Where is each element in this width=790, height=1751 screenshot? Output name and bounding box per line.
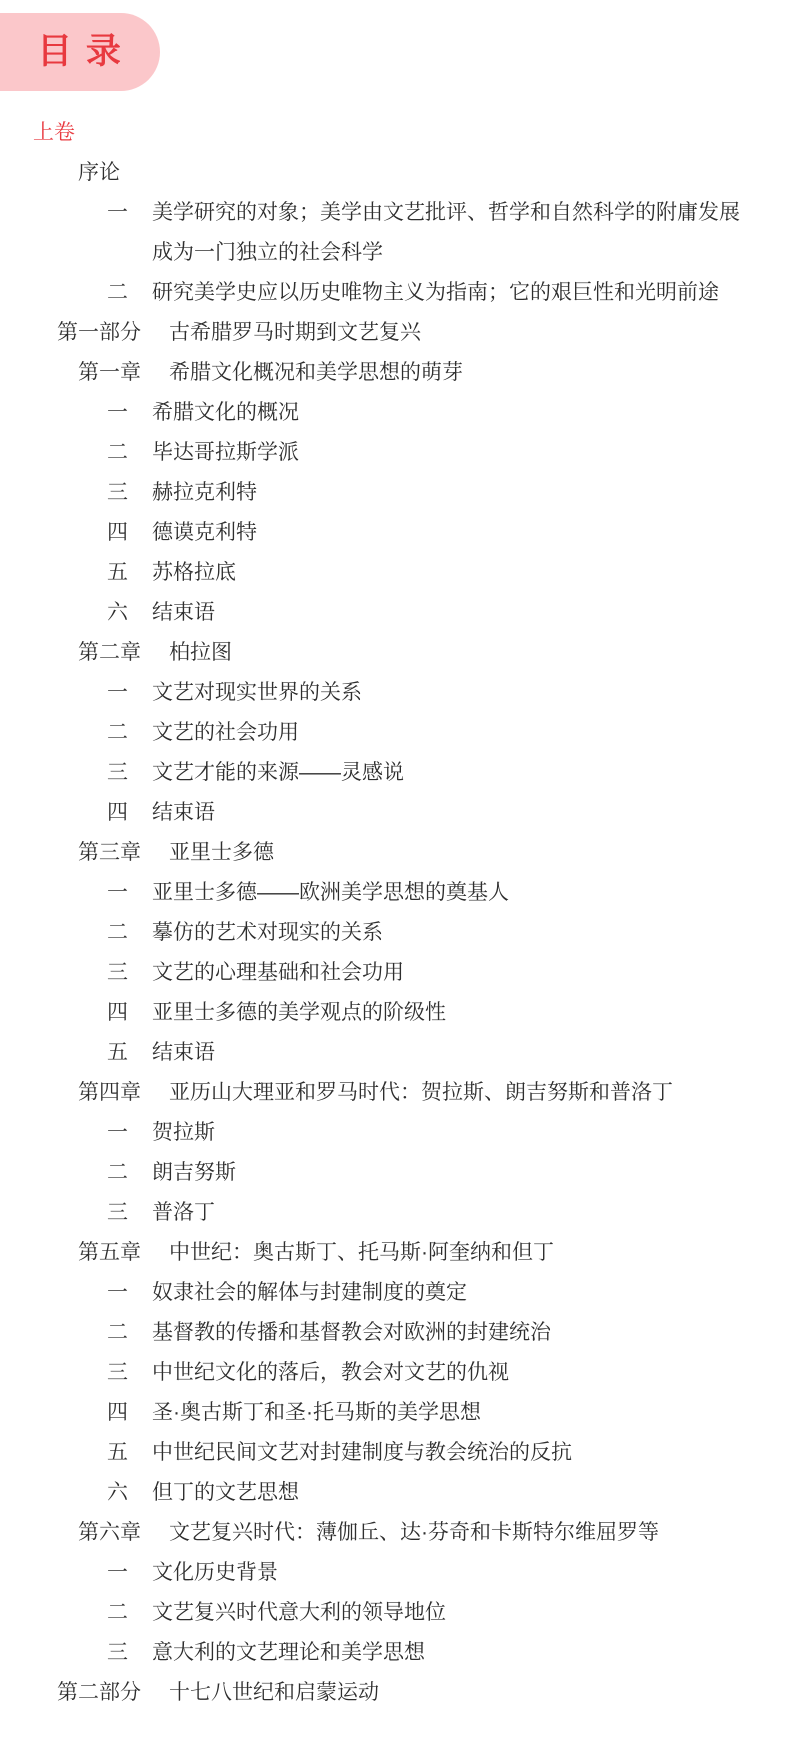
toc-entry-title: 毕达哥拉斯学派 [152, 433, 758, 473]
toc-entry-title: 古希腊罗马时期到文艺复兴 [169, 313, 758, 353]
toc-entry-number: 三 [107, 953, 152, 993]
toc-entry-title: 文化历史背景 [152, 1553, 758, 1593]
toc-entry-number: 三 [107, 1193, 152, 1233]
toc-entry-title: 奴隶社会的解体与封建制度的奠定 [152, 1273, 758, 1313]
toc-entry[interactable]: 二 基督教的传播和基督教会对欧洲的封建统治 [0, 1313, 790, 1353]
toc-entry-title: 中世纪：奥古斯丁、托马斯·阿奎纳和但丁 [169, 1233, 758, 1273]
toc-entry[interactable]: 四 亚里士多德的美学观点的阶级性 [0, 993, 790, 1033]
toc-entry[interactable]: 第二部分 十七八世纪和启蒙运动 [0, 1673, 790, 1713]
toc-entry[interactable]: 二 摹仿的艺术对现实的关系 [0, 913, 790, 953]
toc-entry-number: 三 [107, 1633, 152, 1673]
toc-entry-number: 五 [107, 1433, 152, 1473]
toc-entry-title: 文艺的社会功用 [152, 713, 758, 753]
toc-entry-number: 二 [107, 273, 152, 313]
toc-entry-title: 意大利的文艺理论和美学思想 [152, 1633, 758, 1673]
toc-entry-number: 三 [107, 473, 152, 513]
toc-entry-title: 十七八世纪和启蒙运动 [169, 1673, 758, 1713]
toc-entry-number: 五 [107, 553, 152, 593]
toc-entry-title: 柏拉图 [169, 633, 758, 673]
toc-entry-title: 苏格拉底 [152, 553, 758, 593]
toc-entry-number: 一 [107, 1273, 152, 1313]
toc-entry[interactable]: 第四章 亚历山大理亚和罗马时代：贺拉斯、朗吉努斯和普洛丁 [0, 1073, 790, 1113]
toc-entry-number: 二 [107, 433, 152, 473]
toc-entry-title: 上卷 [33, 113, 758, 153]
toc-entry-number: 四 [107, 1393, 152, 1433]
toc-entry-title: 亚里士多德 [169, 833, 758, 873]
toc-entry-label: 第二章 [78, 633, 141, 673]
toc-entry-title: 朗吉努斯 [152, 1153, 758, 1193]
toc-entry-label: 第六章 [78, 1513, 141, 1553]
toc-entry-label: 第五章 [78, 1233, 141, 1273]
toc-entry[interactable]: 三 中世纪文化的落后，教会对文艺的仇视 [0, 1353, 790, 1393]
toc-entry-number: 一 [107, 873, 152, 913]
toc-entry-title: 中世纪民间文艺对封建制度与教会统治的反抗 [152, 1433, 758, 1473]
toc-entry-label: 第二部分 [57, 1673, 141, 1713]
toc-entry-number: 四 [107, 513, 152, 553]
toc-entry-title: 文艺才能的来源——灵感说 [152, 753, 758, 793]
toc-list: 上卷 序论 一 美学研究的对象；美学由文艺批评、哲学和自然科学的附庸发展成为一门… [0, 113, 790, 1713]
toc-entry[interactable]: 六 结束语 [0, 593, 790, 633]
toc-entry[interactable]: 一 美学研究的对象；美学由文艺批评、哲学和自然科学的附庸发展成为一门独立的社会科… [0, 193, 790, 273]
toc-entry-title: 文艺复兴时代意大利的领导地位 [152, 1593, 758, 1633]
toc-entry-title: 赫拉克利特 [152, 473, 758, 513]
toc-entry-title: 但丁的文艺思想 [152, 1473, 758, 1513]
toc-entry-number: 二 [107, 713, 152, 753]
toc-entry[interactable]: 第一部分 古希腊罗马时期到文艺复兴 [0, 313, 790, 353]
toc-entry-title: 亚里士多德——欧洲美学思想的奠基人 [152, 873, 758, 913]
toc-entry-number: 六 [107, 593, 152, 633]
toc-entry[interactable]: 五 苏格拉底 [0, 553, 790, 593]
toc-entry-title: 贺拉斯 [152, 1113, 758, 1153]
toc-entry[interactable]: 四 圣·奥古斯丁和圣·托马斯的美学思想 [0, 1393, 790, 1433]
toc-entry[interactable]: 第二章 柏拉图 [0, 633, 790, 673]
toc-entry-title: 希腊文化概况和美学思想的萌芽 [169, 353, 758, 393]
toc-entry-number: 一 [107, 673, 152, 713]
toc-entry-label: 第一章 [78, 353, 141, 393]
toc-entry[interactable]: 第一章 希腊文化概况和美学思想的萌芽 [0, 353, 790, 393]
toc-entry-number: 四 [107, 793, 152, 833]
toc-entry[interactable]: 二 文艺复兴时代意大利的领导地位 [0, 1593, 790, 1633]
toc-entry-number: 二 [107, 1593, 152, 1633]
toc-entry[interactable]: 三 普洛丁 [0, 1193, 790, 1233]
toc-entry-title: 中世纪文化的落后，教会对文艺的仇视 [152, 1353, 758, 1393]
toc-entry[interactable]: 第五章 中世纪：奥古斯丁、托马斯·阿奎纳和但丁 [0, 1233, 790, 1273]
toc-page: 目 录 上卷 序论 一 美学研究的对象；美学由文艺批评、哲学和自然科学的附庸发展… [0, 0, 790, 1751]
toc-entry-label: 第四章 [78, 1073, 141, 1113]
toc-entry[interactable]: 一 文艺对现实世界的关系 [0, 673, 790, 713]
toc-entry[interactable]: 二 研究美学史应以历史唯物主义为指南；它的艰巨性和光明前途 [0, 273, 790, 313]
toc-entry-title: 文艺的心理基础和社会功用 [152, 953, 758, 993]
toc-entry-title: 圣·奥古斯丁和圣·托马斯的美学思想 [152, 1393, 758, 1433]
toc-entry-number: 一 [107, 193, 152, 233]
toc-entry-title: 希腊文化的概况 [152, 393, 758, 433]
toc-entry-label: 第一部分 [57, 313, 141, 353]
toc-entry[interactable]: 四 德谟克利特 [0, 513, 790, 553]
toc-entry[interactable]: 四 结束语 [0, 793, 790, 833]
toc-entry[interactable]: 二 文艺的社会功用 [0, 713, 790, 753]
toc-entry[interactable]: 一 亚里士多德——欧洲美学思想的奠基人 [0, 873, 790, 913]
toc-entry-number: 二 [107, 1313, 152, 1353]
toc-entry[interactable]: 序论 [0, 153, 790, 193]
toc-entry-title: 亚历山大理亚和罗马时代：贺拉斯、朗吉努斯和普洛丁 [169, 1073, 758, 1113]
toc-entry-title: 研究美学史应以历史唯物主义为指南；它的艰巨性和光明前途 [152, 273, 758, 313]
toc-entry-title: 结束语 [152, 793, 758, 833]
toc-entry-number: 一 [107, 1553, 152, 1593]
toc-entry[interactable]: 第六章 文艺复兴时代：薄伽丘、达·芬奇和卡斯特尔维屈罗等 [0, 1513, 790, 1553]
toc-entry-number: 五 [107, 1033, 152, 1073]
toc-entry-title: 结束语 [152, 593, 758, 633]
toc-entry[interactable]: 一 文化历史背景 [0, 1553, 790, 1593]
toc-entry-title: 文艺复兴时代：薄伽丘、达·芬奇和卡斯特尔维屈罗等 [169, 1513, 758, 1553]
toc-entry[interactable]: 三 意大利的文艺理论和美学思想 [0, 1633, 790, 1673]
toc-entry-label: 第三章 [78, 833, 141, 873]
toc-entry-number: 一 [107, 1113, 152, 1153]
toc-entry-title: 普洛丁 [152, 1193, 758, 1233]
toc-entry[interactable]: 五 中世纪民间文艺对封建制度与教会统治的反抗 [0, 1433, 790, 1473]
toc-entry-title: 文艺对现实世界的关系 [152, 673, 758, 713]
toc-header-badge: 目 录 [0, 13, 160, 91]
toc-entry-title: 序论 [78, 153, 758, 193]
toc-entry[interactable]: 三 文艺的心理基础和社会功用 [0, 953, 790, 993]
toc-entry-title: 德谟克利特 [152, 513, 758, 553]
toc-entry-number: 六 [107, 1473, 152, 1513]
toc-entry[interactable]: 三 文艺才能的来源——灵感说 [0, 753, 790, 793]
toc-entry[interactable]: 一 贺拉斯 [0, 1113, 790, 1153]
toc-entry-title: 美学研究的对象；美学由文艺批评、哲学和自然科学的附庸发展成为一门独立的社会科学 [152, 193, 758, 273]
toc-entry[interactable]: 二 朗吉努斯 [0, 1153, 790, 1193]
toc-entry-number: 二 [107, 1153, 152, 1193]
toc-entry-number: 三 [107, 753, 152, 793]
toc-entry-number: 三 [107, 1353, 152, 1393]
toc-entry[interactable]: 一 奴隶社会的解体与封建制度的奠定 [0, 1273, 790, 1313]
toc-entry[interactable]: 五 结束语 [0, 1033, 790, 1073]
toc-entry-title: 基督教的传播和基督教会对欧洲的封建统治 [152, 1313, 758, 1353]
toc-entry[interactable]: 一 希腊文化的概况 [0, 393, 790, 433]
toc-entry[interactable]: 二 毕达哥拉斯学派 [0, 433, 790, 473]
toc-entry-title: 亚里士多德的美学观点的阶级性 [152, 993, 758, 1033]
toc-entry[interactable]: 上卷 [0, 113, 790, 153]
toc-entry-number: 四 [107, 993, 152, 1033]
toc-header-title: 目 录 [37, 34, 123, 71]
toc-entry[interactable]: 六 但丁的文艺思想 [0, 1473, 790, 1513]
toc-entry-title: 结束语 [152, 1033, 758, 1073]
toc-entry[interactable]: 三 赫拉克利特 [0, 473, 790, 513]
toc-entry-number: 一 [107, 393, 152, 433]
toc-entry-number: 二 [107, 913, 152, 953]
toc-entry-title: 摹仿的艺术对现实的关系 [152, 913, 758, 953]
toc-entry[interactable]: 第三章 亚里士多德 [0, 833, 790, 873]
